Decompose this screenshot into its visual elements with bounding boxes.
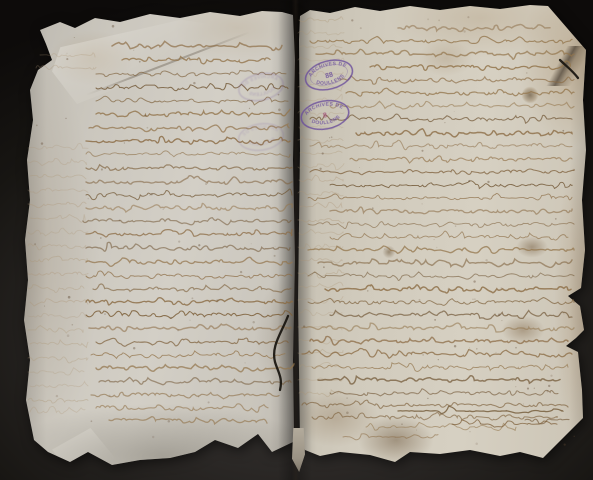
left-page [22, 8, 298, 474]
right-page-tear [545, 46, 589, 86]
left-page-crease [86, 31, 251, 96]
left-page-bottom-fold [52, 428, 122, 476]
right-page-paper [296, 2, 590, 478]
left-page-paper [22, 8, 298, 474]
manuscript-scan: ARCHIVES DE DOULLENS ARCHIVES DE DOULLEN… [0, 0, 593, 480]
left-page-corner-fold [52, 18, 260, 104]
right-page [296, 2, 590, 478]
